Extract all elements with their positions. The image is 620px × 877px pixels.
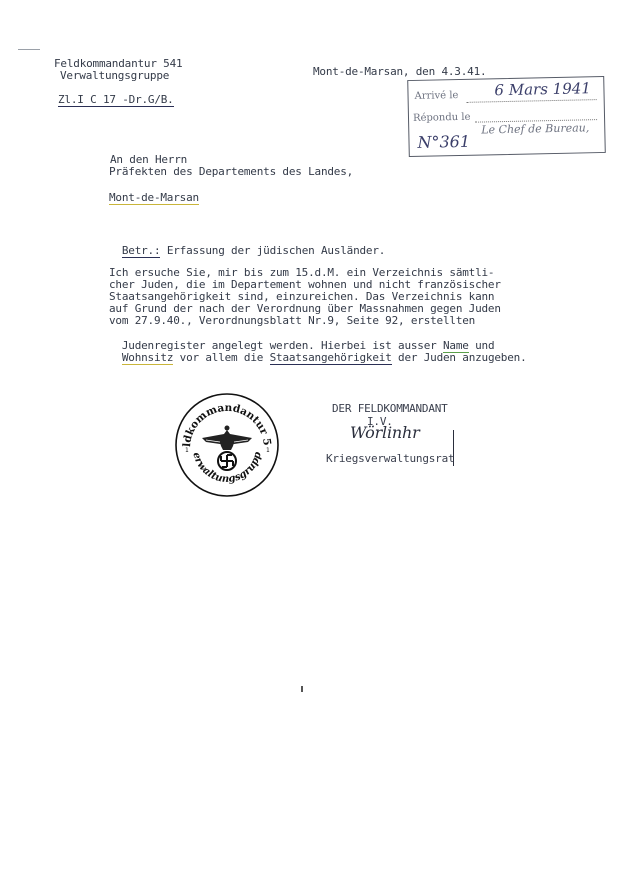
recipient-city: Mont-de-Marsan [109,191,199,205]
arrive-label: Arrivé le [414,90,458,102]
chef-de-bureau-label: Le Chef de Bureau, [481,121,589,136]
sender-line-2: Verwaltungsgruppe [60,69,169,82]
arrive-dotted-line [467,99,597,103]
signature-rank: Kriegsverwaltungsrat [326,452,454,465]
place-date: Mont-de-Marsan, den 4.3.41. [313,65,486,78]
body-line-7: Wohnsitz vor allem die Staatsangehörigke… [109,338,527,364]
svg-text:1: 1 [185,447,189,454]
official-seal: Feldkommandantur 541 Verwaltungsgruppe 1… [174,392,280,498]
reference-number: Zl.I C 17 -Dr.G/B. [58,93,174,107]
swastika-emblem-icon [218,452,236,470]
eagle-icon [202,426,252,451]
scan-mark [18,49,40,50]
arrive-date-handwritten: 6 Mars 1941 [494,79,591,99]
staatsangehoerigkeit-underlined: Staatsangehörigkeit [270,351,392,365]
body-line-7-tail: der Juden anzugeben. [392,351,527,364]
recipient-line-2: Präfekten des Departements des Landes, [109,165,353,178]
subject-text: Erfassung der jüdischen Ausländer. [160,244,385,257]
svg-text:1: 1 [266,447,270,454]
body-line-7-mid: vor allem die [173,351,269,364]
signature-title: DER FELDKOMMANDANT [332,402,448,415]
subject-line: Betr.: Erfassung der jüdischen Ausländer… [109,231,385,257]
repondu-label: Répondu le [413,112,471,124]
subject-label: Betr.: [122,244,161,258]
wohnsitz-underlined: Wohnsitz [122,351,173,365]
reception-stamp: Arrivé le 6 Mars 1941 Répondu le Le Chef… [407,76,606,157]
handwritten-signature: Wörlinhr [350,426,420,439]
registration-number-handwritten: N°361 [417,132,470,152]
scan-mark [301,686,303,692]
